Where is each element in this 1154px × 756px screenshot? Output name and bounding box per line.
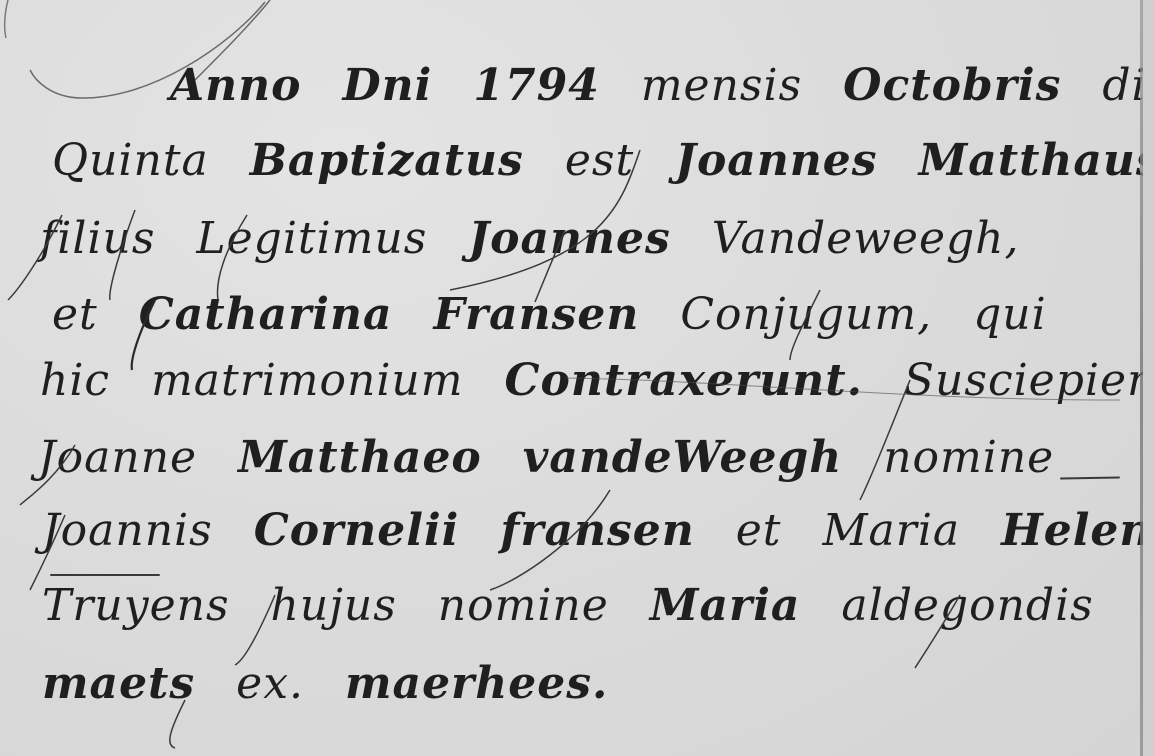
record-line-4: et Catharina Fransen Conjugum, qui	[52, 289, 1073, 340]
word: mensis	[641, 60, 802, 111]
page-margin	[1143, 0, 1154, 756]
word: ex.	[236, 658, 304, 709]
word: et	[52, 289, 98, 340]
word: Maria	[650, 580, 801, 631]
godmother-first-name: Maria	[823, 505, 961, 556]
manuscript-page: Anno Dni 1794 mensis Octobris die Quinta…	[0, 0, 1154, 756]
record-line-2: Quinta Baptizatus est Joannes Matthaus	[52, 135, 1154, 186]
word: Quinta	[52, 135, 209, 186]
godmother-surname: Truyens	[42, 580, 230, 631]
word: Dni	[342, 60, 432, 111]
record-line-9: maets ex. maerhees.	[42, 658, 634, 709]
word: est	[565, 135, 634, 186]
record-line-1: Anno Dni 1794 mensis Octobris die	[170, 60, 1154, 111]
ink-stroke	[50, 574, 160, 576]
word: aldegondis	[841, 580, 1093, 631]
place-name: maerhees.	[345, 658, 608, 709]
godfather-first-name: Joanne	[38, 432, 197, 483]
word: Joannis	[42, 505, 213, 556]
child-second-name: Matthaus	[919, 135, 1154, 186]
word: Susciepientibus	[904, 355, 1154, 406]
word: et	[736, 505, 782, 556]
word: Cornelii	[254, 505, 460, 556]
mother-surname: Fransen	[433, 289, 639, 340]
ink-stroke	[1060, 476, 1120, 479]
word: nomine	[883, 432, 1054, 483]
word: qui	[973, 289, 1047, 340]
word: maets	[42, 658, 195, 709]
record-line-3: filius Legitimus Joannes Vandeweegh,	[40, 213, 1045, 264]
word: Baptizatus	[250, 135, 524, 186]
child-first-name: Joannes	[675, 135, 877, 186]
record-line-8: Truyens hujus nomine Maria aldegondis	[42, 580, 1120, 631]
word: Anno	[170, 60, 301, 111]
godmother-second-name: Helena	[1001, 505, 1154, 556]
year: 1794	[473, 60, 599, 111]
record-line-5: hic matrimonium Contraxerunt. Susciepien…	[40, 355, 1154, 406]
godfather-second-name: Matthaeo	[238, 432, 482, 483]
word: fransen	[500, 505, 694, 556]
month: Octobris	[843, 60, 1061, 111]
word: Conjugum,	[680, 289, 932, 340]
word: matrimonium	[151, 355, 463, 406]
word: filius	[40, 213, 155, 264]
word: hujus	[271, 580, 397, 631]
word: nomine	[438, 580, 609, 631]
record-line-7: Joannis Cornelii fransen et Maria Helena	[42, 505, 1154, 556]
godfather-surname: vandeWeegh	[523, 432, 842, 483]
word: Contraxerunt.	[505, 355, 863, 406]
mother-first-name: Catharina	[139, 289, 393, 340]
father-first-name: Joannes	[468, 213, 670, 264]
father-surname: Vandeweegh,	[712, 213, 1020, 264]
record-line-6: Joanne Matthaeo vandeWeegh nomine	[38, 432, 1080, 483]
word: Legitimus	[196, 213, 427, 264]
word: hic	[40, 355, 110, 406]
